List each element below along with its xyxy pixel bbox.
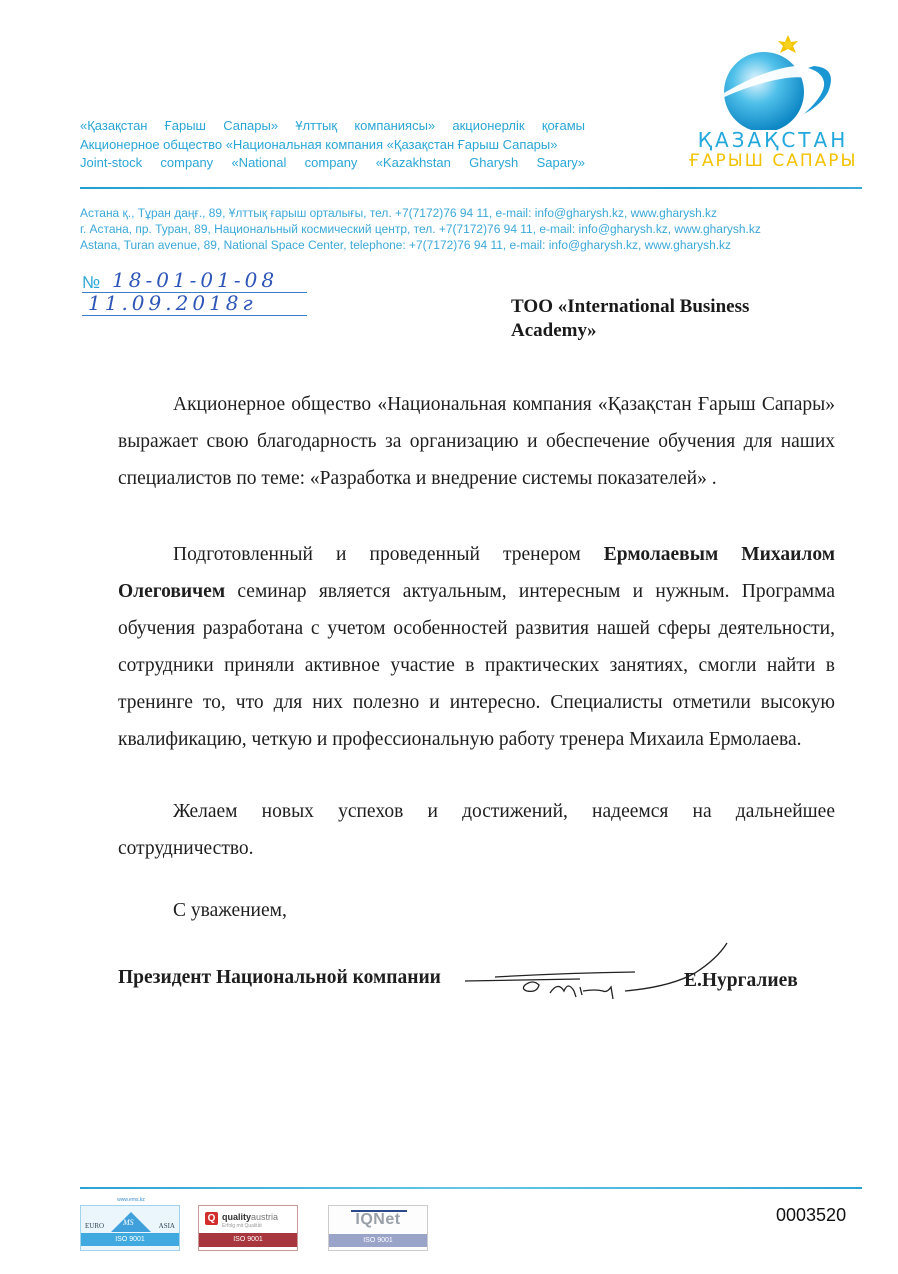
company-logo: ҚАЗАҚСТАН ҒАРЫШ САПАРЫ (676, 30, 876, 175)
iso-label: ISO 9001 (81, 1233, 179, 1246)
address-russian: г. Астана, пр. Туран, 89, Национальный к… (80, 221, 842, 237)
cert-logo-quality-austria: Q qualityaustria Erfolg mit Qualität ISO… (198, 1205, 298, 1251)
globe-icon (676, 30, 876, 130)
company-names: «ҚазақстанҒарышСапары»Ұлттықкомпаниясы»а… (80, 117, 585, 173)
document-serial-number: 0003520 (776, 1205, 846, 1226)
closing-salutation: С уважением, (173, 900, 287, 922)
registration-block: № 18-01-01-08 11.09.2018г (82, 270, 307, 316)
address-kazakh: Астана қ., Тұран даңғ., 89, Ұлттық ғарыш… (80, 205, 842, 221)
recipient-line-1: ТОО «International Business (511, 295, 811, 319)
address-english: Astana, Turan avenue, 89, National Space… (80, 237, 842, 253)
footer-divider (80, 1187, 862, 1189)
recipient: ТОО «International Business Academy» (511, 295, 811, 343)
cert-logo-iqnet: IQNet ISO 9001 (328, 1205, 428, 1251)
recipient-line-2: Academy» (511, 319, 811, 343)
registration-number-row: № 18-01-01-08 (82, 270, 307, 293)
iso-label: ISO 9001 (199, 1233, 297, 1247)
quality-austria-q-icon: Q (205, 1212, 218, 1225)
letter-paragraph-2: Подготовленный и проведенный тренером Ер… (118, 536, 835, 758)
header-divider (80, 187, 862, 189)
letter-paragraph-1: Акционерное общество «Национальная компа… (118, 386, 835, 497)
number-sign: № (82, 273, 100, 293)
star-icon (778, 35, 798, 53)
registration-date-row: 11.09.2018г (82, 293, 307, 316)
company-name-russian: Акционерное общество «Национальная компа… (80, 136, 585, 155)
logo-text-garysh-sapary: ҒАРЫШ САПАРЫ (678, 151, 868, 171)
registration-number: 18-01-01-08 (112, 268, 278, 292)
iso-label: ISO 9001 (329, 1234, 427, 1247)
signatory-name: Е.Нургалиев (684, 970, 798, 992)
contact-address: Астана қ., Тұран даңғ., 89, Ұлттық ғарыш… (80, 205, 842, 253)
letter-paragraph-3: Желаем новых успехов и достижений, надее… (118, 793, 835, 867)
company-name-kazakh: «ҚазақстанҒарышСапары»Ұлттықкомпаниясы»а… (80, 117, 585, 136)
cert-logo-euro-ms-asia: www.ems.kz MS EURO ASIA ISO 9001 (80, 1205, 180, 1251)
logo-text-kazakhstan: ҚАЗАҚСТАН (678, 128, 868, 152)
registration-date: 11.09.2018г (88, 291, 257, 315)
company-name-english: Joint-stockcompany«Nationalcompany«Kazak… (80, 154, 585, 173)
